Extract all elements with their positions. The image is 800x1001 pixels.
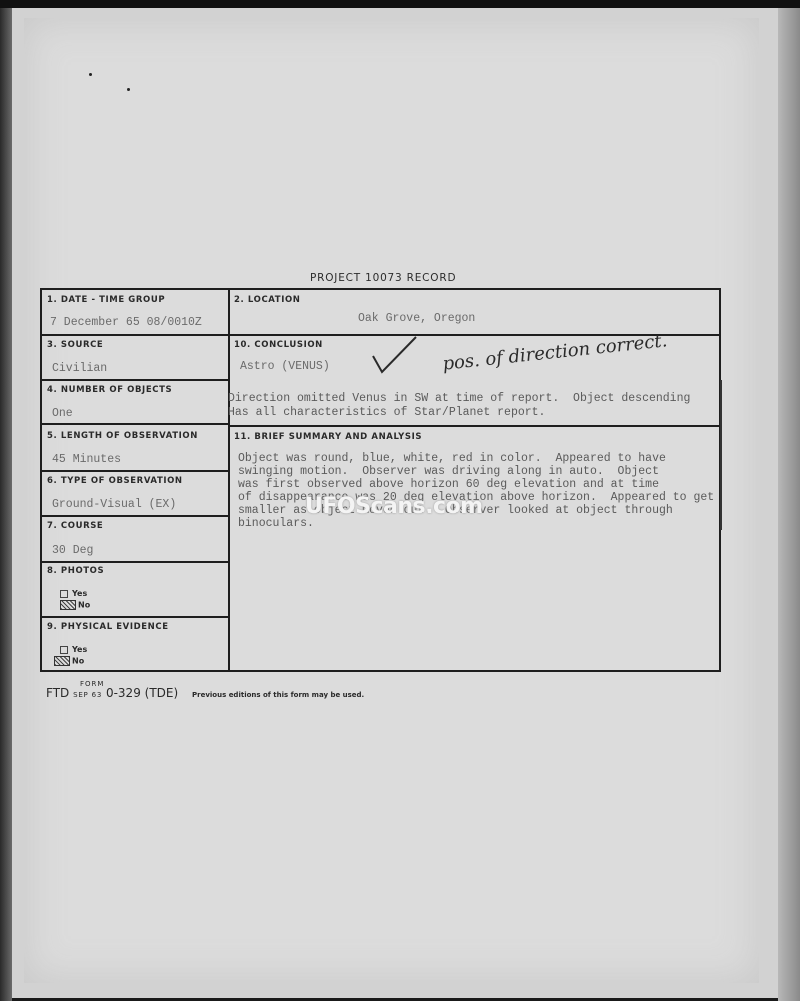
summary-line: swinging motion. Observer was driving al… [238,465,659,478]
number-of-objects-value: One [52,407,73,420]
photos-yes-option[interactable]: Yes [60,589,87,598]
physical-evidence-no-option[interactable]: No [54,656,84,666]
row-divider [42,379,228,381]
course-value: 30 Deg [52,544,93,557]
date-time-group-label: 1. DATE - TIME GROUP [47,295,165,305]
scan-frame-right [778,8,800,1001]
physical-evidence-label: 9. PHYSICAL EVIDENCE [47,622,169,632]
source-label: 3. SOURCE [47,340,103,350]
location-value: Oak Grove, Oregon [358,312,475,325]
page-title: PROJECT 10073 RECORD [310,272,456,284]
checkbox-empty-icon [60,590,68,598]
form-number: 0-329 [106,686,141,700]
watermark: UFOScans.com [305,494,483,519]
dust-speck [89,73,92,76]
form-suffix: (TDE) [145,686,179,700]
photos-label: 8. PHOTOS [47,566,104,576]
summary-line: binoculars. [238,517,314,530]
conclusion-label: 10. CONCLUSION [234,340,323,350]
checkbox-empty-icon [60,646,68,654]
length-of-observation-label: 5. LENGTH OF OBSERVATION [47,431,198,441]
checkbox-checked-icon [60,600,76,610]
conclusion-comment-line: Direction omitted Venus in SW at time of… [228,392,690,405]
summary-line: Object was round, blue, white, red in co… [238,452,666,465]
type-of-observation-value: Ground-Visual (EX) [52,498,176,511]
form-footer: FTD SEP 63 0-329 (TDE) Previous editions… [46,686,364,700]
course-label: 7. COURSE [47,521,103,531]
length-of-observation-value: 45 Minutes [52,453,121,466]
summary-line: was first observed above horizon 60 deg … [238,478,659,491]
location-label: 2. LOCATION [234,295,301,305]
row-divider [42,334,228,336]
type-of-observation-label: 6. TYPE OF OBSERVATION [47,476,183,486]
row-divider [42,423,228,425]
scan-frame-left [0,8,12,1001]
source-value: Civilian [52,362,107,375]
checkbox-checked-icon [54,656,70,666]
handwritten-note: pos. of direction correct. [442,330,669,374]
physical-evidence-yes-option[interactable]: Yes [60,645,87,654]
number-of-objects-label: 4. NUMBER OF OBJECTS [47,385,172,395]
row-divider [42,470,228,472]
form-date: SEP 63 [73,691,102,699]
record-form: 1. DATE - TIME GROUP 7 December 65 08/00… [40,288,721,672]
scan-frame-top [0,0,800,8]
form-id: FTD [46,686,69,700]
conclusion-value: Astro (VENUS) [240,360,330,373]
dust-speck [127,88,130,91]
column-divider [228,290,230,670]
row-divider [42,616,228,618]
conclusion-comment-line: Has all characteristics of Star/Planet r… [228,406,545,419]
form-note: Previous editions of this form may be us… [192,691,364,699]
row-divider [228,425,721,427]
row-divider [42,561,228,563]
scan-artifact-line [720,380,722,530]
row-divider [42,515,228,517]
handwritten-checkmark-icon [370,334,420,376]
summary-label: 11. BRIEF SUMMARY AND ANALYSIS [234,432,422,442]
date-time-group-value: 7 December 65 08/0010Z [50,316,202,329]
photos-no-option[interactable]: No [60,600,90,610]
